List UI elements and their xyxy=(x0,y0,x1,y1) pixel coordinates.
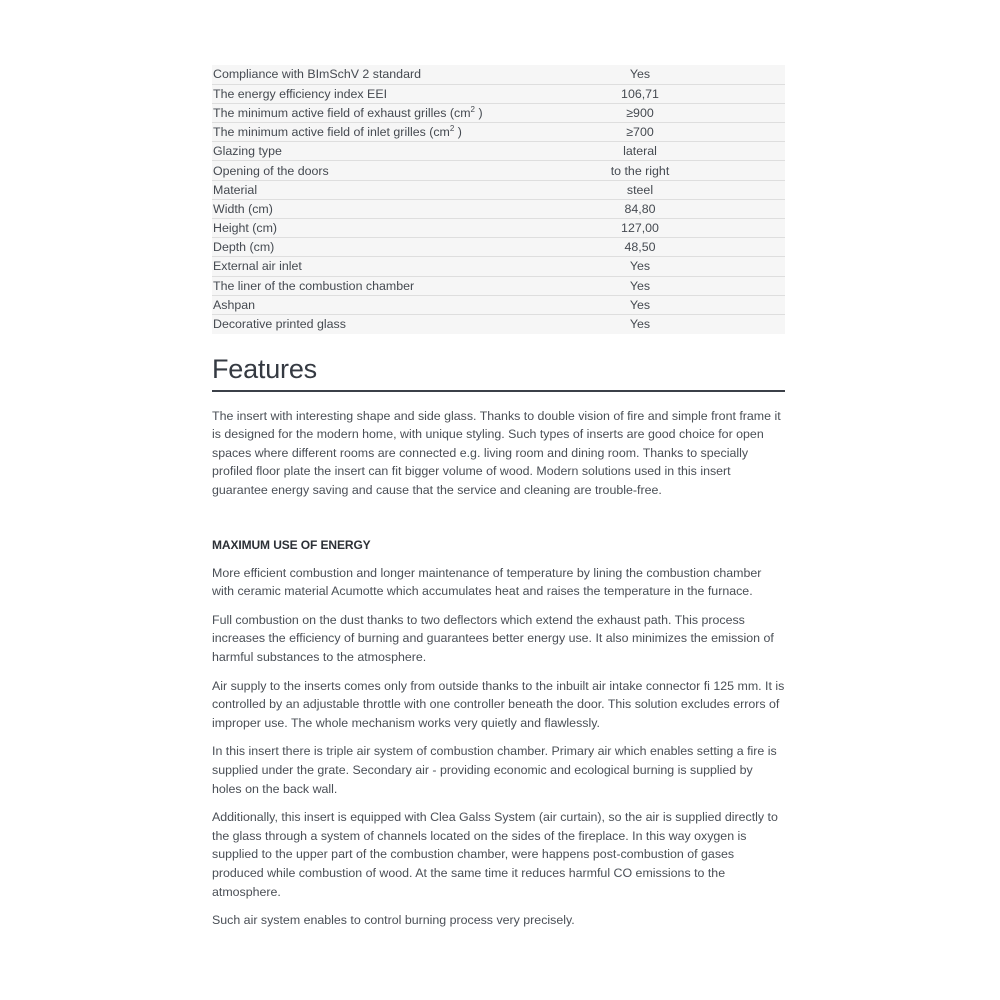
table-row: Compliance with BImSchV 2 standard Yes xyxy=(212,65,785,84)
spec-value: to the right xyxy=(494,161,785,180)
spec-value: steel xyxy=(494,180,785,199)
features-intro: The insert with interesting shape and si… xyxy=(212,407,785,500)
table-row: Ashpan Yes xyxy=(212,295,785,314)
spec-value: Yes xyxy=(494,65,785,84)
spec-label-suffix: ) xyxy=(454,125,462,139)
feature-paragraph: More efficient combustion and longer mai… xyxy=(212,564,785,601)
specifications-table: Compliance with BImSchV 2 standard Yes T… xyxy=(212,65,785,334)
table-row: Depth (cm) 48,50 xyxy=(212,238,785,257)
feature-paragraph: Such air system enables to control burni… xyxy=(212,911,785,930)
spec-label: Height (cm) xyxy=(212,219,494,238)
spec-value: 106,71 xyxy=(494,84,785,103)
spec-label: The minimum active field of inlet grille… xyxy=(212,123,494,142)
spec-value: 84,80 xyxy=(494,199,785,218)
table-row: The minimum active field of inlet grille… xyxy=(212,123,785,142)
spec-value: Yes xyxy=(494,314,785,333)
spec-label: Decorative printed glass xyxy=(212,314,494,333)
spec-label: The minimum active field of exhaust gril… xyxy=(212,103,494,122)
spec-label: The energy efficiency index EEI xyxy=(212,84,494,103)
feature-paragraph: Air supply to the inserts comes only fro… xyxy=(212,677,785,733)
spec-label: Glazing type xyxy=(212,142,494,161)
table-row: Height (cm) 127,00 xyxy=(212,219,785,238)
spec-value: 127,00 xyxy=(494,219,785,238)
spec-label: External air inlet xyxy=(212,257,494,276)
spec-value: ≥700 xyxy=(494,123,785,142)
product-document: Compliance with BImSchV 2 standard Yes T… xyxy=(212,65,785,930)
spec-label: Ashpan xyxy=(212,295,494,314)
feature-paragraph: In this insert there is triple air syste… xyxy=(212,742,785,798)
spec-label: Width (cm) xyxy=(212,199,494,218)
spec-label: Compliance with BImSchV 2 standard xyxy=(212,65,494,84)
spec-label: Opening of the doors xyxy=(212,161,494,180)
features-heading: Features xyxy=(212,353,785,392)
spec-label: Depth (cm) xyxy=(212,238,494,257)
spec-value: Yes xyxy=(494,257,785,276)
spec-value: lateral xyxy=(494,142,785,161)
feature-paragraph: Additionally, this insert is equipped wi… xyxy=(212,808,785,901)
table-row: The minimum active field of exhaust gril… xyxy=(212,103,785,122)
table-row: External air inlet Yes xyxy=(212,257,785,276)
spec-label-suffix: ) xyxy=(475,106,483,120)
spec-label: Material xyxy=(212,180,494,199)
spec-label-text: The minimum active field of inlet grille… xyxy=(213,125,450,139)
spec-value: 48,50 xyxy=(494,238,785,257)
table-row: The energy efficiency index EEI 106,71 xyxy=(212,84,785,103)
section-heading-energy: MAXIMUM USE OF ENERGY xyxy=(212,538,785,552)
spec-value: Yes xyxy=(494,276,785,295)
table-row: Width (cm) 84,80 xyxy=(212,199,785,218)
spec-value: ≥900 xyxy=(494,103,785,122)
table-row: Glazing type lateral xyxy=(212,142,785,161)
table-row: The liner of the combustion chamber Yes xyxy=(212,276,785,295)
table-row: Material steel xyxy=(212,180,785,199)
table-row: Decorative printed glass Yes xyxy=(212,314,785,333)
spec-label: The liner of the combustion chamber xyxy=(212,276,494,295)
spec-value: Yes xyxy=(494,295,785,314)
table-row: Opening of the doors to the right xyxy=(212,161,785,180)
spec-label-text: The minimum active field of exhaust gril… xyxy=(213,106,471,120)
feature-paragraph: Full combustion on the dust thanks to tw… xyxy=(212,611,785,667)
